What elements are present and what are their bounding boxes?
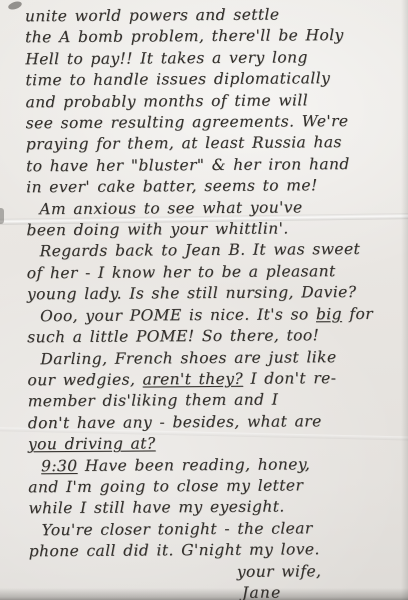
- letter-line: to have her "bluster" & her iron hand: [26, 154, 399, 178]
- signature-name: Jane: [29, 582, 402, 600]
- underlined-time: 9:30: [41, 456, 78, 474]
- letter-line: of her - I know her to be a pleasant: [27, 261, 400, 285]
- line-segment: I don't re-: [243, 369, 336, 388]
- underlined-word: big: [316, 305, 342, 323]
- letter-line: young lady. Is she still nursing, Davie?: [27, 282, 400, 306]
- underlined-word: you driving at?: [28, 435, 156, 454]
- letter-line: while I still have my eyesight.: [28, 496, 401, 520]
- letter-line: in ever' cake batter, seems to me!: [26, 175, 399, 199]
- letter-line: the A bomb problem, there'll be Holy: [25, 25, 398, 49]
- letter-line: Hell to pay!! It takes a very long: [25, 47, 398, 71]
- letter-line: been doing with your whittlin'.: [26, 218, 399, 242]
- letter-line: You're closer tonight - the clear: [28, 517, 401, 541]
- letter-line: praying for them, at least Russia has: [26, 132, 399, 156]
- letter-line: 9:30 Have been reading, honey,: [28, 453, 401, 477]
- left-edge-mark: [0, 208, 4, 224]
- letter-line: time to handle issues diplomatically: [25, 68, 398, 92]
- letter-line: Darling, French shoes are just like: [27, 346, 400, 370]
- letter-line: Regards back to Jean B. It was sweet: [27, 239, 400, 263]
- line-segment: Have been reading, honey,: [77, 455, 310, 475]
- letter-line: see some resulting agreements. We're: [26, 111, 399, 135]
- letter-line: unite world powers and settle: [25, 4, 398, 28]
- line-segment: our wedgies,: [27, 370, 142, 389]
- letter-line: you driving at?: [28, 432, 401, 456]
- underlined-word: aren't they?: [143, 370, 244, 389]
- right-edge-shadow: [401, 0, 408, 600]
- letter-line: and I'm going to close my letter: [28, 475, 401, 499]
- signature-closing: your wife,: [29, 560, 402, 584]
- corner-ink-mark: [7, 0, 22, 11]
- letter-line: our wedgies, aren't they? I don't re-: [27, 368, 400, 392]
- line-segment: for: [342, 305, 373, 323]
- letter-line: Am anxious to see what you've: [26, 196, 399, 220]
- line-segment: Ooo, your POME is nice. It's so: [40, 305, 316, 325]
- letter-page: unite world powers and settle the A bomb…: [0, 0, 408, 600]
- letter-line: phone call did it. G'night my love.: [29, 539, 402, 563]
- letter-body: unite world powers and settle the A bomb…: [25, 4, 402, 600]
- letter-line: such a little POME! So there, too!: [27, 325, 400, 349]
- letter-line: member dis'liking them and I: [28, 389, 401, 413]
- letter-line: don't have any - besides, what are: [28, 410, 401, 434]
- letter-line: and probably months of time will: [26, 89, 399, 113]
- letter-line: Ooo, your POME is nice. It's so big for: [27, 303, 400, 327]
